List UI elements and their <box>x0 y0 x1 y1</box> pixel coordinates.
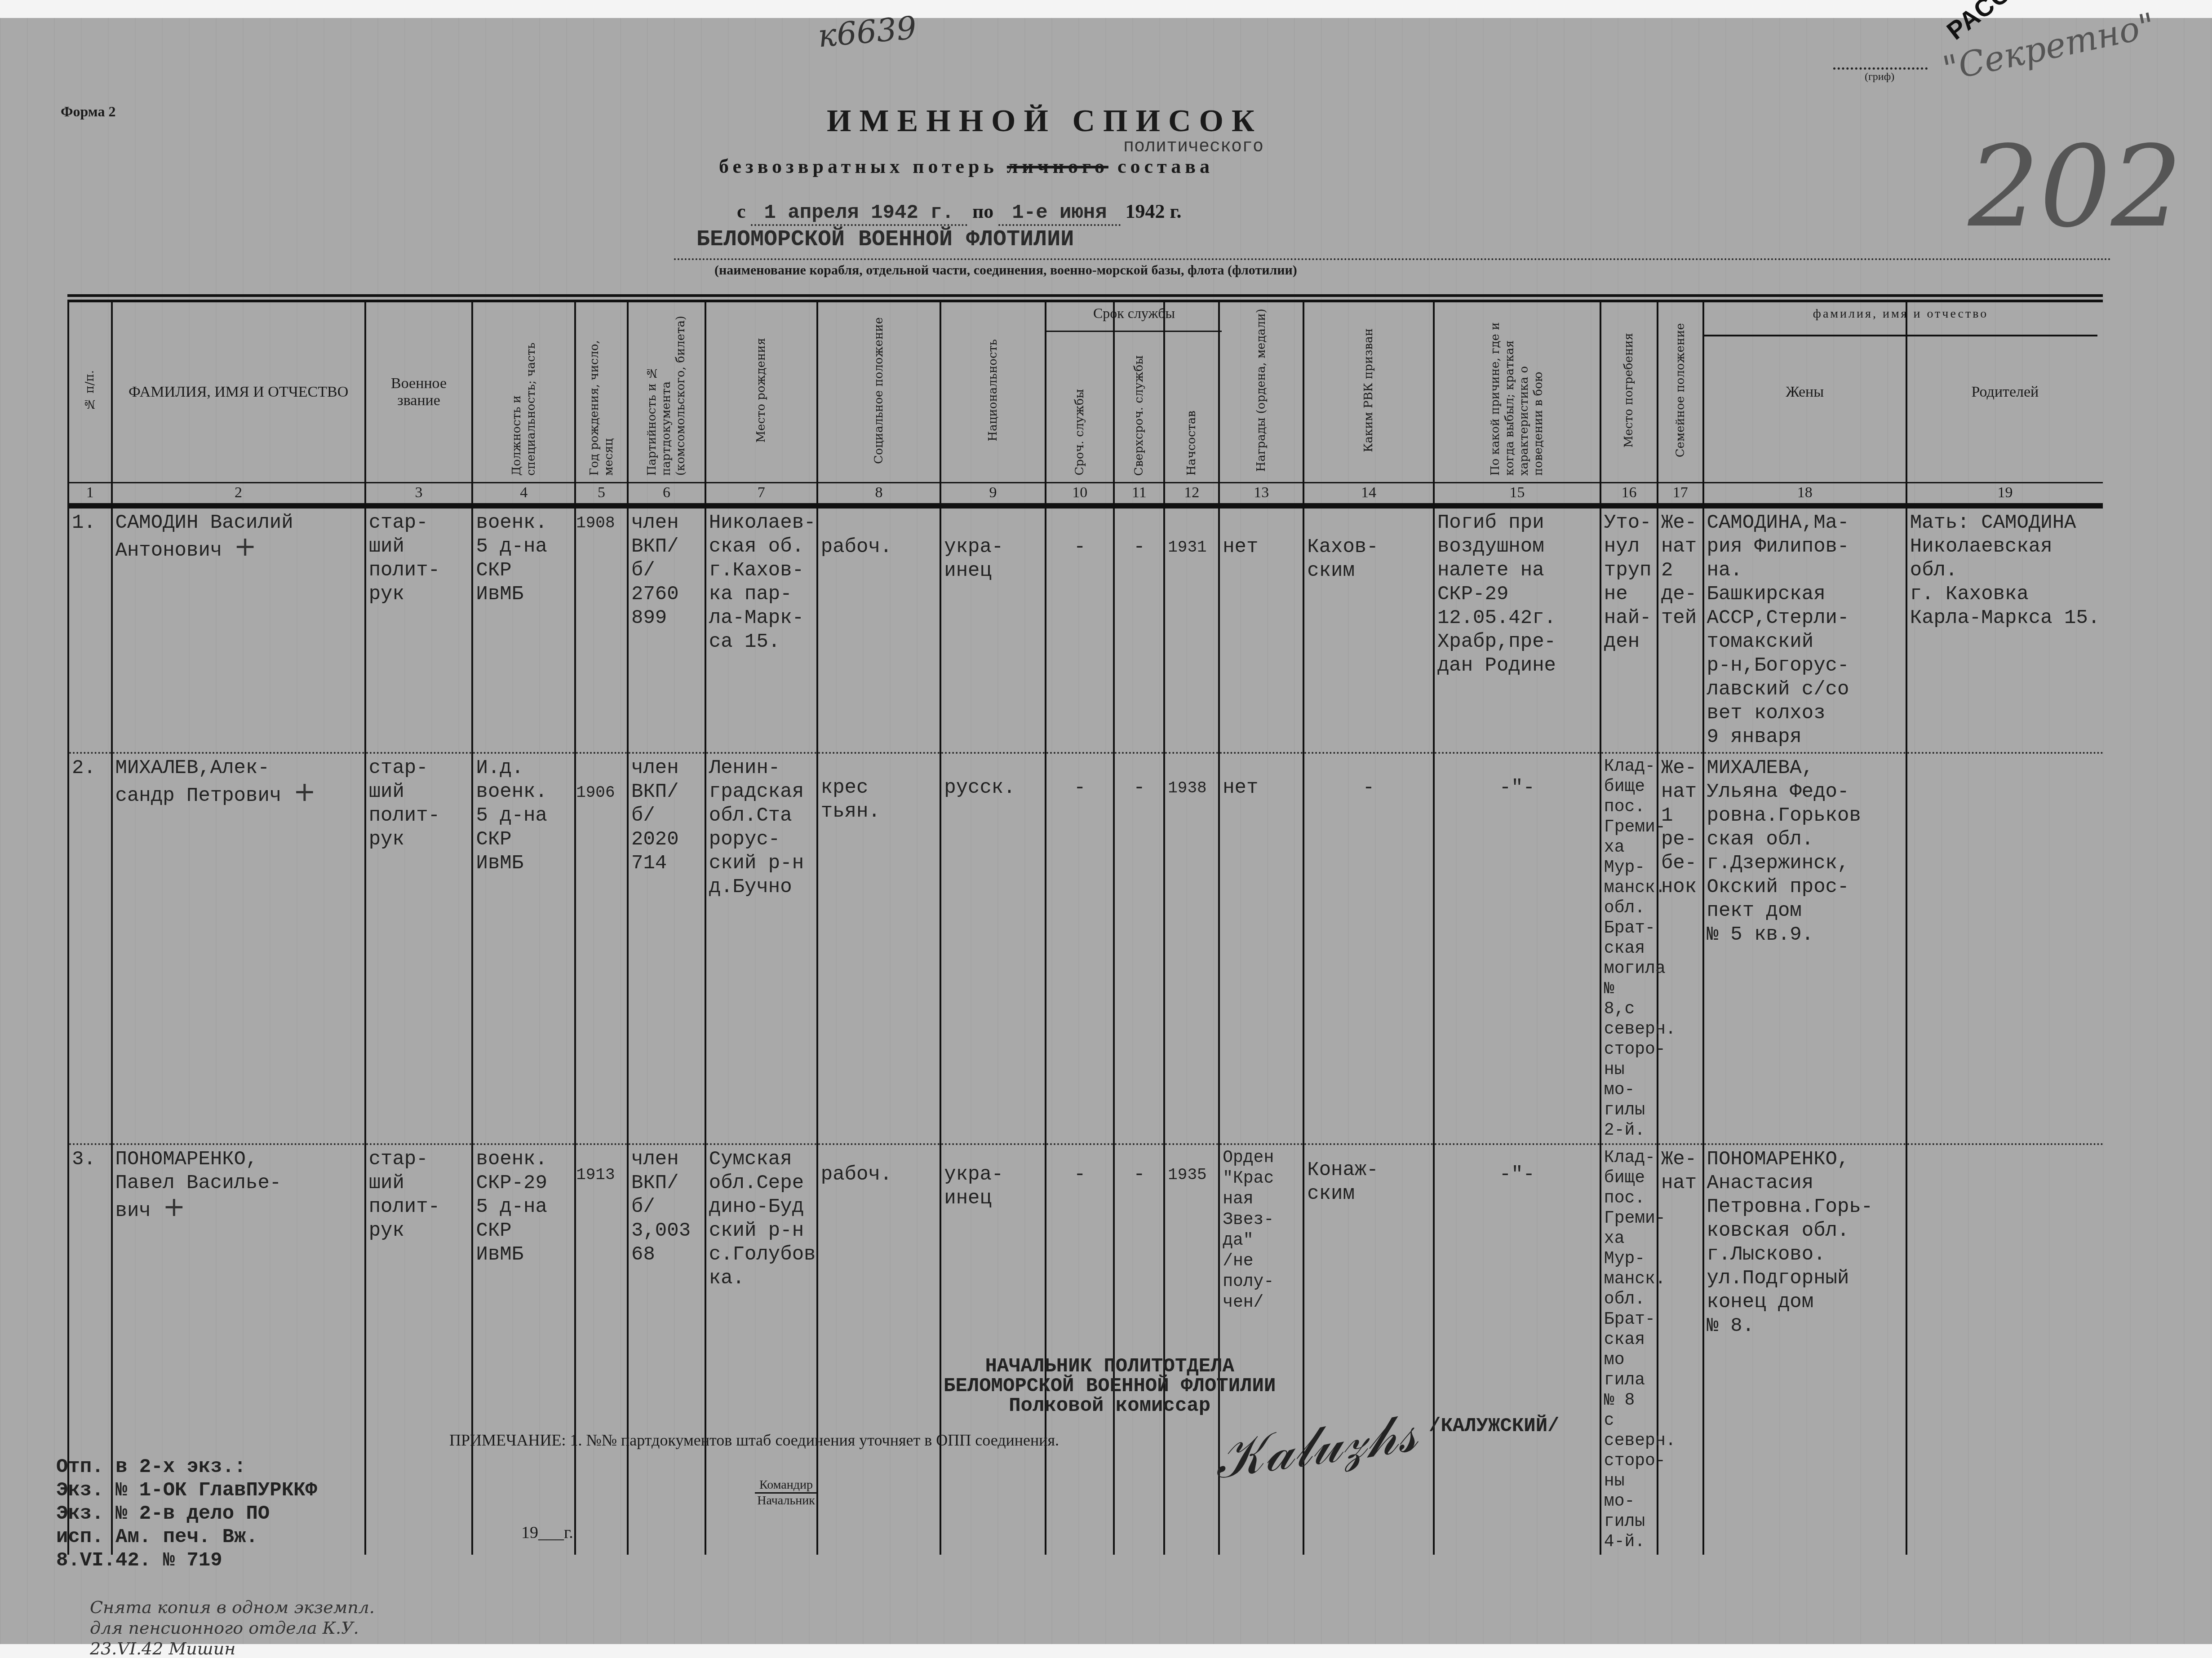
family-status: Же- нат 2 де- тей <box>1658 506 1703 753</box>
party: член ВКП/б/ 2020 714 <box>628 753 705 1144</box>
burial: Уто- нул труп не най- ден <box>1600 506 1658 753</box>
col-header-18: фамилия, имя и отчествоЖены <box>1703 298 1906 483</box>
classification-caption: (гриф) <box>1865 71 1894 83</box>
position: И.д. военк. 5 д-на СКР ИвМБ <box>472 753 575 1144</box>
date-line: 19___г. <box>521 1523 573 1543</box>
col-header-4: Должность и специальность; часть <box>472 298 575 483</box>
page-number: 202 <box>1968 121 2182 252</box>
term-regular: - <box>1046 1144 1114 1555</box>
col-header-7: Место рождения <box>705 298 817 483</box>
col-header-2: ФАМИЛИЯ, ИМЯ И ОТЧЕСТВО <box>112 298 365 483</box>
col-num: 2 <box>112 483 365 506</box>
col-num: 16 <box>1600 483 1658 506</box>
subtitle-insert: политического <box>1123 137 1263 157</box>
social-status: крес тьян. <box>817 753 940 1144</box>
commander-label: Командир <box>755 1478 817 1494</box>
parents <box>1906 1144 2103 1555</box>
birth-year: 1906 <box>575 753 628 1144</box>
row-num: 2. <box>68 753 112 1144</box>
period-to-label: по <box>972 200 993 222</box>
cause: -"- <box>1434 1144 1600 1555</box>
burial: Клад- бище пос. Греми- ха Мур- манск. об… <box>1600 1144 1658 1555</box>
row-num: 1. <box>68 506 112 753</box>
signatory-stamp: НАЧАЛЬНИК ПОЛИТОТДЕЛА БЕЛОМОРСКОЙ ВОЕННО… <box>944 1357 1276 1416</box>
term-extended: - <box>1114 1144 1164 1555</box>
party: член ВКП/б/ 3,003 68 <box>628 1144 705 1555</box>
deceased-cross-icon: + <box>234 531 257 562</box>
col-num: 1 <box>68 483 112 506</box>
col-header-1: № п/п. <box>68 298 112 483</box>
period-from: 1 апреля 1942 г. <box>751 202 967 226</box>
col-num: 11 <box>1114 483 1164 506</box>
col-num: 19 <box>1906 483 2103 506</box>
nationality: укра- инец <box>940 506 1046 753</box>
signatory-name: /КАЛУЖСКИЙ/ <box>1429 1415 1559 1437</box>
period-year-suffix: г. <box>1170 200 1182 222</box>
commander-block: Командир Начальник <box>755 1478 817 1508</box>
period-year: 1942 <box>1126 200 1165 222</box>
party: член ВКП/б/ 2760 899 <box>628 506 705 753</box>
parents <box>1906 753 2103 1144</box>
term-extended: - <box>1114 506 1164 753</box>
birth-year: 1913 <box>575 1144 628 1555</box>
wife: МИХАЛЕВА, Ульяна Федо- ровна.Горьков ска… <box>1703 753 1906 1144</box>
rank: стар- ший полит- рук <box>365 506 473 753</box>
table-row: 2. МИХАЛЕВ,Алек- сандр Петрович + стар- … <box>68 753 2103 1144</box>
command-staff: 1931 <box>1164 506 1219 753</box>
service-term-group: Срок службы <box>1046 305 1222 332</box>
rvk: - <box>1303 753 1434 1144</box>
col-header-15: По какой причине, где и когда выбыл; кра… <box>1434 298 1600 483</box>
col-header-14: Каким РВК призван <box>1303 298 1434 483</box>
table-row: 3. ПОНОМАРЕНКО, Павел Василье- вич + ста… <box>68 1144 2103 1555</box>
nationality: русск. <box>940 753 1046 1144</box>
cause: Погиб при воздушном налете на СКР-29 12.… <box>1434 506 1600 753</box>
unit-caption: (наименование корабля, отдельной части, … <box>714 263 1297 278</box>
col-header-13: Награды (ордена, медали) <box>1219 298 1303 483</box>
wife: САМОДИНА,Ма- рия Филипов- на. Башкирская… <box>1703 506 1906 753</box>
col-num: 10 <box>1046 483 1114 506</box>
relatives-group: фамилия, имя и отчество <box>1704 307 2097 336</box>
header-row: № п/п. ФАМИЛИЯ, ИМЯ И ОТЧЕСТВО Военное з… <box>68 298 2103 483</box>
col-num: 13 <box>1219 483 1303 506</box>
rank: стар- ший полит- рук <box>365 753 473 1144</box>
awards: Орден "Крас ная Звез- да" /не полу- чен/ <box>1219 1144 1303 1555</box>
unit-name: БЕЛОМОРСКОЙ ВОЕННОЙ ФЛОТИЛИИ <box>696 227 1074 252</box>
birthplace: Николаев- ская об. г.Кахов- ка пар- ла-М… <box>705 506 817 753</box>
subtitle-struck-word: личного <box>1007 155 1108 177</box>
nationality: укра- инец <box>940 1144 1046 1555</box>
col-header-10: Срок службыСроч. службы <box>1046 298 1114 483</box>
col-num: 17 <box>1658 483 1703 506</box>
col-header-17: Семейное положение <box>1658 298 1703 483</box>
awards: нет <box>1219 753 1303 1144</box>
position: военк. СКР-29 5 д-на СКР ИвМБ <box>472 1144 575 1555</box>
term-regular: - <box>1046 506 1114 753</box>
document-title: ИМЕННОЙ СПИСОК <box>827 103 1263 139</box>
col-num: 7 <box>705 483 817 506</box>
subtitle-suffix: состава <box>1117 155 1214 177</box>
parents: Мать: САМОДИНА Николаевская обл. г. Кахо… <box>1906 506 2103 753</box>
deceased-cross-icon: + <box>293 776 316 808</box>
col-num: 14 <box>1303 483 1434 506</box>
table-row: 1. САМОДИН Василий Антонович + стар- ший… <box>68 506 2103 753</box>
chief-label: Начальник <box>755 1494 817 1508</box>
subtitle-prefix: безвозвратных потерь <box>719 155 998 177</box>
awards: нет <box>1219 506 1303 753</box>
registry-stamp: Отп. в 2-х экз.: Экз. № 1-ОК ГлавПУРККФ … <box>56 1455 317 1572</box>
document-subtitle: безвозвратных потерь личного состава <box>719 155 1214 178</box>
col-num: 8 <box>817 483 940 506</box>
col-header-6: Партийность и № партдокумента (комсомоль… <box>628 298 705 483</box>
classification-line <box>1833 67 1928 70</box>
deceased-cross-icon: + <box>163 1191 185 1223</box>
birthplace: Ленин- градская обл.Ста рорус- ский р-н … <box>705 753 817 1144</box>
social-status: рабоч. <box>817 1144 940 1555</box>
col-header-5: Год рождения, число, месяц <box>575 298 628 483</box>
col-num: 15 <box>1434 483 1600 506</box>
command-staff: 1938 <box>1164 753 1219 1144</box>
full-name: САМОДИН Василий Антонович + <box>112 506 365 753</box>
unit-underline <box>674 258 2112 260</box>
handwritten-note: Снята копия в одном экземпл. для пенсион… <box>90 1597 375 1658</box>
family-status: Же- нат <box>1658 1144 1703 1555</box>
full-name: МИХАЛЕВ,Алек- сандр Петрович + <box>112 753 365 1144</box>
social-status: рабоч. <box>817 506 940 753</box>
rvk: Конаж- ским <box>1303 1144 1434 1555</box>
rank: стар- ший полит- рук <box>365 1144 473 1555</box>
footnote: ПРИМЕЧАНИЕ: 1. №№ партдокументов штаб со… <box>449 1431 1059 1450</box>
col-num: 5 <box>575 483 628 506</box>
burial: Клад- бище пос. Греми- ха Мур- манск. об… <box>1600 753 1658 1144</box>
wife: ПОНОМАРЕНКО, Анастасия Петровна.Горь- ко… <box>1703 1144 1906 1555</box>
term-extended: - <box>1114 753 1164 1144</box>
col-header-9: Национальность <box>940 298 1046 483</box>
col-num: 18 <box>1703 483 1906 506</box>
form-label: Форма 2 <box>61 103 115 120</box>
col-num: 9 <box>940 483 1046 506</box>
period-to: 1-е июня <box>998 202 1120 226</box>
position: военк. 5 д-на СКР ИвМБ <box>472 506 575 753</box>
rvk: Кахов- ским <box>1303 506 1434 753</box>
birth-year: 1908 <box>575 506 628 753</box>
col-num: 3 <box>365 483 473 506</box>
col-num: 12 <box>1164 483 1219 506</box>
report-period: с 1 апреля 1942 г. по 1-е июня 1942 г. <box>737 200 1182 224</box>
cause: -"- <box>1434 753 1600 1144</box>
col-header-8: Социальное положение <box>817 298 940 483</box>
command-staff: 1935 <box>1164 1144 1219 1555</box>
period-from-label: с <box>737 200 746 222</box>
col-header-16: Место погребения <box>1600 298 1658 483</box>
term-regular: - <box>1046 753 1114 1144</box>
col-num: 6 <box>628 483 705 506</box>
family-status: Же- нат 1 ре- бе- нок <box>1658 753 1703 1144</box>
col-header-3: Военное звание <box>365 298 473 483</box>
col-num: 4 <box>472 483 575 506</box>
column-numbers-row: 1 2 3 4 5 6 7 8 9 10 11 12 13 14 15 16 1… <box>68 483 2103 506</box>
